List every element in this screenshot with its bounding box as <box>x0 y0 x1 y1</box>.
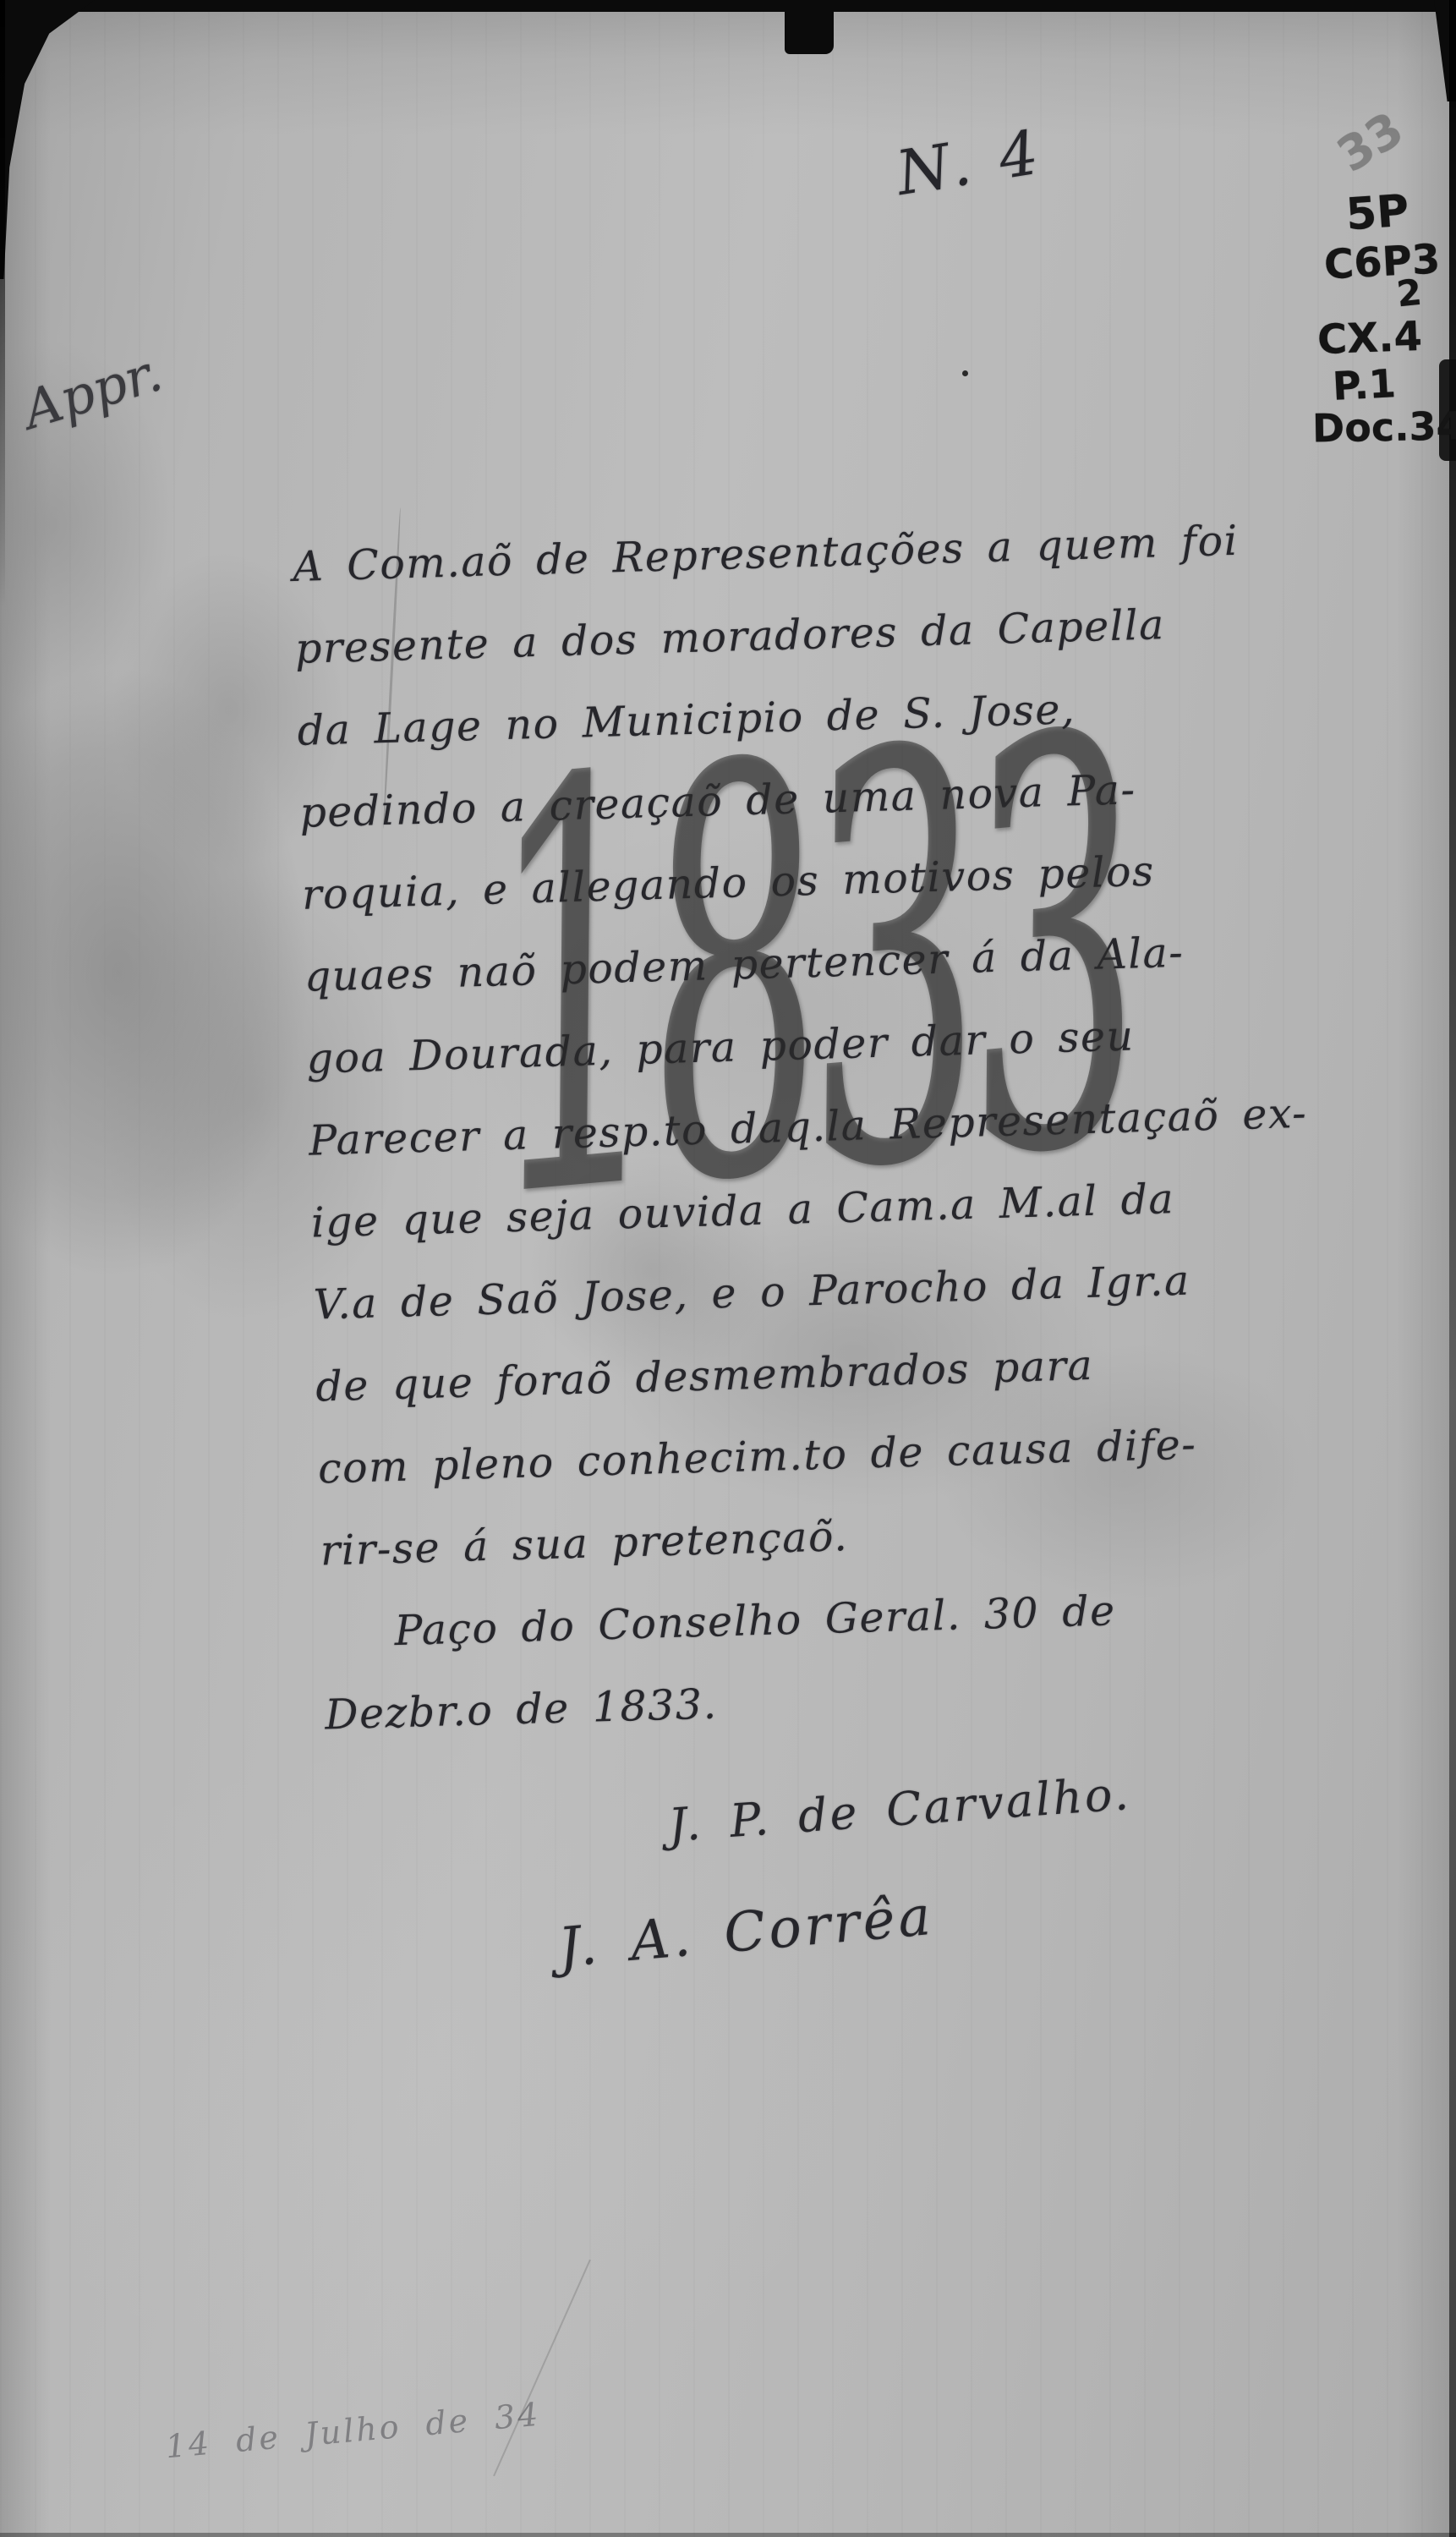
archive-stamp-sp: 5P <box>1344 185 1410 240</box>
scan-notch-top <box>785 0 834 54</box>
archive-stamp-c6p3-sub: 2 <box>1395 271 1424 315</box>
archive-stamp-faint-number: 33 <box>1328 101 1414 183</box>
large-year-overwrite: 1833 <box>463 665 1152 1277</box>
archive-stamp-p1: P.1 <box>1332 360 1397 409</box>
approval-note: Appr. <box>16 341 169 441</box>
scan-corner-top-left <box>0 0 95 279</box>
archive-stamp-c6p3: C6P3 <box>1323 235 1442 288</box>
scanned-document-page: N. 4 Appr. 33 5P C6P3 2 CX.4 P.1 Doc.34 … <box>0 0 1456 2537</box>
signature-correa: J. A. Corrêa <box>556 1885 937 1981</box>
scan-edge-bottom <box>0 2533 1456 2537</box>
signature-carvalho: J. P. de Carvalho. <box>666 1767 1132 1852</box>
paper-crease-diagonal <box>493 2260 591 2477</box>
document-number: N. 4 <box>892 116 1048 209</box>
pencil-date-note: 14 de Julho de 34 <box>164 2396 542 2466</box>
scan-edge-top <box>0 0 1456 12</box>
ink-dot <box>962 370 968 376</box>
archive-stamp-doc34: Doc.34 <box>1312 403 1456 451</box>
scan-edge-left <box>0 0 5 609</box>
archive-stamp-cx4: CX.4 <box>1316 313 1423 364</box>
